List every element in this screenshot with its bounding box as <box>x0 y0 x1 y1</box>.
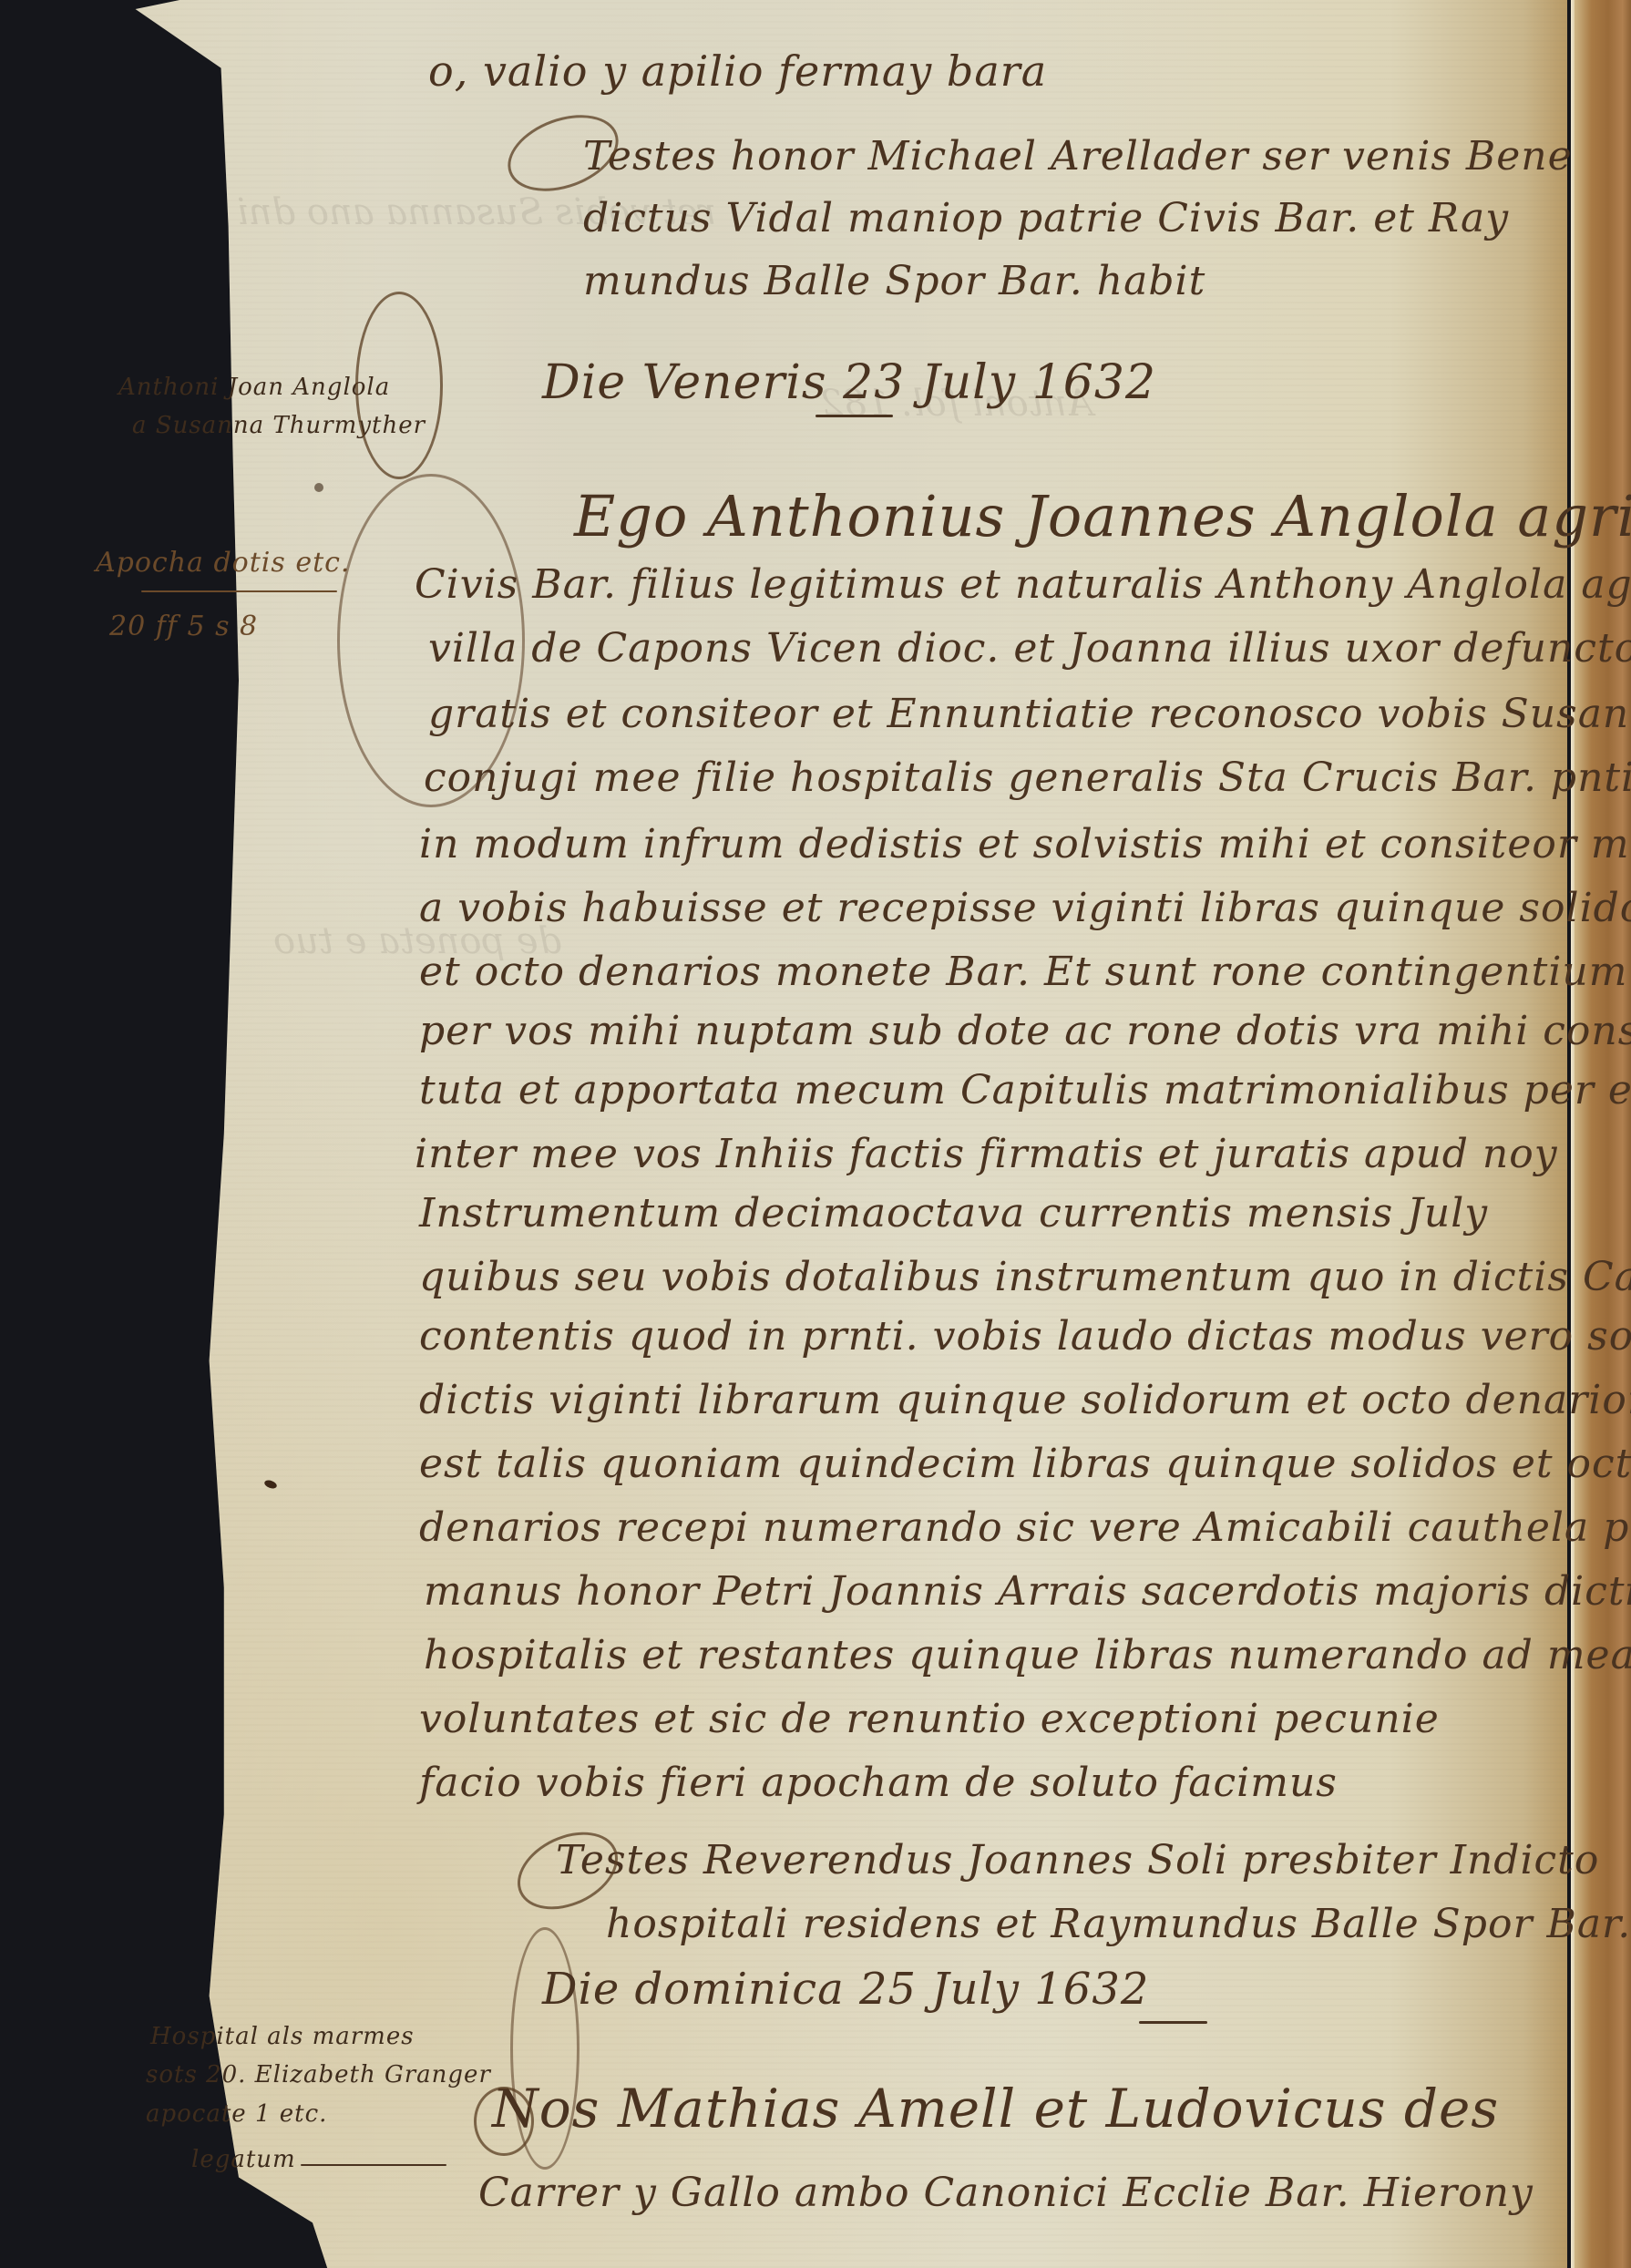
date-underline <box>1139 2021 1207 2024</box>
entry-date: Die Veneris 23 July 1632 <box>542 355 1156 410</box>
margin-note: sots 20. Elizabeth Granger <box>146 2061 491 2088</box>
entry-date: Die dominica 25 July 1632 <box>542 1964 1149 2015</box>
witness-line: Testes Reverendus Joannes Soli presbiter… <box>556 1841 1599 1881</box>
margin-label: Apocha dotis etc. <box>96 547 350 579</box>
body-line: villa de Capons Vicen dioc. et Joanna il… <box>428 629 1631 669</box>
body-line: Civis Bar. filius legitimus et naturalis… <box>415 565 1631 605</box>
body-line: denarios recepi numerando sic vere Amica… <box>419 1508 1631 1548</box>
date-underline <box>815 415 893 417</box>
header-line: Testes honor Michael Arellader ser venis… <box>583 137 1573 177</box>
body-line: conjugi mee filie hospitalis generalis S… <box>424 758 1631 798</box>
header-line: dictus Vidal maniop patrie Civis Bar. et… <box>583 199 1509 239</box>
margin-note: Hospital als marmes <box>150 2023 415 2050</box>
body-line: est talis quoniam quindecim libras quinq… <box>419 1444 1631 1484</box>
body-line: a vobis habuisse et recepisse viginti li… <box>419 888 1631 929</box>
ink-stain <box>314 483 323 492</box>
entry-opening: Ego Anthonius Joannes Anglola agric. <box>574 483 1631 549</box>
body-line: gratis et consiteor et Ennuntiatie recon… <box>428 694 1631 734</box>
body-line: per vos mihi nuptam sub dote ac rone dot… <box>419 1011 1631 1052</box>
header-line: o, valio y apilio fermay bara <box>428 50 1047 92</box>
body-line: dictis viginti librarum quinque solidoru… <box>419 1380 1631 1421</box>
body-line: Carrer y Gallo ambo Canonici Ecclie Bar.… <box>478 2173 1534 2213</box>
body-line: inter mee vos Inhiis factis firmatis et … <box>415 1134 1558 1175</box>
body-line: voluntates et sic de renuntio exceptioni… <box>419 1699 1440 1739</box>
body-line: tuta et apportata mecum Capitulis matrim… <box>419 1071 1631 1111</box>
margin-amount: 20 ff 5 s 8 <box>109 611 258 642</box>
body-line: contentis quod in prnti. vobis laudo dic… <box>419 1317 1631 1357</box>
body-line: facio vobis fieri apocham de soluto faci… <box>419 1763 1338 1803</box>
entry-opening: Nos Mathias Amell et Ludovicus des <box>492 2078 1499 2140</box>
margin-note: apocate 1 etc. <box>146 2100 327 2128</box>
margin-note: Anthoni Joan Anglola <box>118 374 390 401</box>
body-line: et octo denarios monete Bar. Et sunt ron… <box>419 952 1628 992</box>
body-line: quibus seu vobis dotalibus instrumentum … <box>419 1257 1631 1298</box>
manuscript-scan: ret vobis Susanna ano dni Antoni fol. 18… <box>0 0 1631 2268</box>
body-line: Instrumentum decimaoctava currentis mens… <box>419 1194 1488 1234</box>
margin-underline <box>301 2164 446 2166</box>
body-line: manus honor Petri Joannis Arrais sacerdo… <box>424 1572 1631 1612</box>
initial-flourish <box>474 2087 534 2156</box>
body-line: hospitalis et restantes quinque libras n… <box>424 1636 1631 1676</box>
margin-underline <box>141 590 337 592</box>
header-line: mundus Balle Spor Bar. habit <box>583 262 1205 302</box>
witness-line: hospitali residens et Raymundus Balle Sp… <box>606 1904 1631 1945</box>
bracket-flourish <box>355 292 443 479</box>
margin-note: legatum <box>191 2146 296 2173</box>
body-line: in modum infrum dedistis et solvistis mi… <box>419 825 1631 865</box>
